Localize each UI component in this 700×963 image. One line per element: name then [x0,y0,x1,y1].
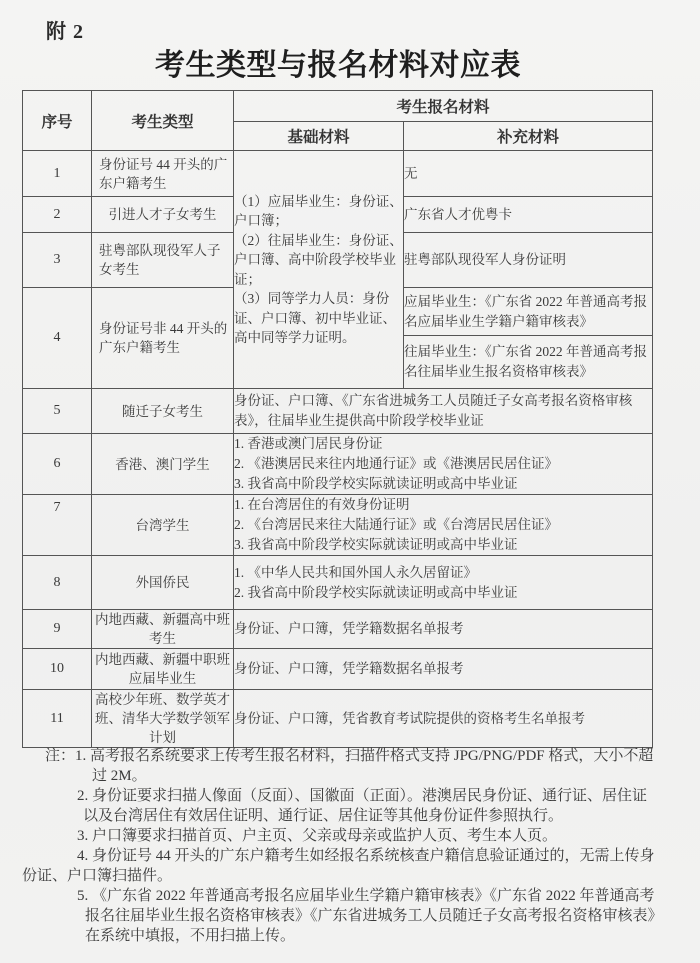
row-seq: 1 [23,151,92,197]
cell-materials: 1. 在台湾居住的有效身份证明 2. 《台湾居民来往大陆通行证》或《台湾居民居住… [234,495,653,556]
header-basic-materials: 基础材料 [234,122,404,151]
row-seq: 8 [23,556,92,610]
table-row: 11 高校少年班、数学英才班、清华大学数学领军计划 身份证、户口簿，凭省教育考试… [23,690,653,748]
cell-materials: 身份证、户口簿，凭省教育考试院提供的资格考生名单报考 [234,690,653,748]
row-type: 身份证号 44 开头的广东户籍考生 [92,151,234,197]
row-type: 引进人才子女考生 [92,197,234,233]
table-row: 8 外国侨民 1. 《中华人民共和国外国人永久居留证》 2. 我省高中阶段学校实… [23,556,653,610]
note-item-1: 注：1. 高考报名系统要求上传考生报名材料，扫描件格式支持 JPG/PNG/PD… [22,746,658,786]
cell-materials: 1. 《中华人民共和国外国人永久居留证》 2. 我省高中阶段学校实际就读证明或高… [234,556,653,610]
row-type: 台湾学生 [92,495,234,556]
header-type: 考生类型 [92,91,234,151]
materials-table: 序号 考生类型 考生报名材料 基础材料 补充材料 1 身份证号 44 开头的广东… [22,90,653,748]
table-row: 5 随迁子女考生 身份证、户口簿、《广东省进城务工人员随迁子女高考报名资格审核表… [23,389,653,434]
cell-supplement: 无 [404,151,653,197]
row-seq: 9 [23,610,92,649]
row-seq: 7 [23,495,92,556]
notes-section: 注：1. 高考报名系统要求上传考生报名材料，扫描件格式支持 JPG/PNG/PD… [22,746,658,946]
row-seq: 6 [23,434,92,495]
table-row: 7 台湾学生 1. 在台湾居住的有效身份证明 2. 《台湾居民来往大陆通行证》或… [23,495,653,556]
cell-materials: 身份证、户口簿、《广东省进城务工人员随迁子女高考报名资格审核表》，往届毕业生提供… [234,389,653,434]
row-seq: 10 [23,649,92,690]
row-type: 内地西藏、新疆高中班考生 [92,610,234,649]
cell-materials: 1. 香港或澳门居民身份证 2. 《港澳居民来往内地通行证》或《港澳居民居住证》… [234,434,653,495]
cell-supplement: 广东省人才优粤卡 [404,197,653,233]
header-materials-group: 考生报名材料 [234,91,653,122]
note-item-2: 2. 身份证要求扫描人像面（反面）、国徽面（正面）。港澳居民身份证、通行证、居住… [22,786,658,826]
row-type: 外国侨民 [92,556,234,610]
row-type: 高校少年班、数学英才班、清华大学数学领军计划 [92,690,234,748]
note-item-4: 4. 身份证号 44 开头的广东户籍考生如经报名系统核查户籍信息验证通过的，无需… [22,846,658,886]
table-row: 6 香港、澳门学生 1. 香港或澳门居民身份证 2. 《港澳居民来往内地通行证》… [23,434,653,495]
row-seq: 4 [23,288,92,389]
row-type: 香港、澳门学生 [92,434,234,495]
cell-materials: 身份证、户口簿，凭学籍数据名单报考 [234,610,653,649]
header-supplement-materials: 补充材料 [404,122,653,151]
header-row-1: 序号 考生类型 考生报名材料 [23,91,653,122]
row-type: 内地西藏、新疆中职班应届毕业生 [92,649,234,690]
note-item-3: 3. 户口簿要求扫描首页、户主页、父亲或母亲或监护人页、考生本人页。 [22,826,658,846]
header-seq: 序号 [23,91,92,151]
document-page: 附 2 考生类型与报名材料对应表 序号 考生类型 考生报名材料 基础材料 补充材… [0,0,700,963]
cell-supplement: 驻粤部队现役军人身份证明 [404,233,653,288]
table-header: 序号 考生类型 考生报名材料 基础材料 补充材料 [23,91,653,151]
cell-shared-basic-materials: （1）应届毕业生：身份证、户口簿； （2）往届毕业生：身份证、户口簿、高中阶段学… [234,151,404,389]
row-type: 驻粤部队现役军人子女考生 [92,233,234,288]
note-item-5: 5. 《广东省 2022 年普通高考报名应届毕业生学籍户籍审核表》《广东省 20… [22,886,658,946]
cell-supplement-former-graduates: 往届毕业生：《广东省 2022 年普通高考报名往届毕业生报名资格审核表》 [404,336,653,389]
row-seq: 5 [23,389,92,434]
table-row: 9 内地西藏、新疆高中班考生 身份证、户口簿，凭学籍数据名单报考 [23,610,653,649]
row-type: 随迁子女考生 [92,389,234,434]
row-seq: 2 [23,197,92,233]
cell-supplement-current-graduates: 应届毕业生：《广东省 2022 年普通高考报名应届毕业生学籍户籍审核表》 [404,288,653,336]
row-seq: 11 [23,690,92,748]
row-type: 身份证号非 44 开头的广东户籍考生 [92,288,234,389]
table-row: 10 内地西藏、新疆中职班应届毕业生 身份证、户口簿，凭学籍数据名单报考 [23,649,653,690]
page-title: 考生类型与报名材料对应表 [0,40,676,84]
cell-materials: 身份证、户口簿，凭学籍数据名单报考 [234,649,653,690]
row-seq: 3 [23,233,92,288]
table-row: 1 身份证号 44 开头的广东户籍考生 （1）应届毕业生：身份证、户口簿； （2… [23,151,653,197]
